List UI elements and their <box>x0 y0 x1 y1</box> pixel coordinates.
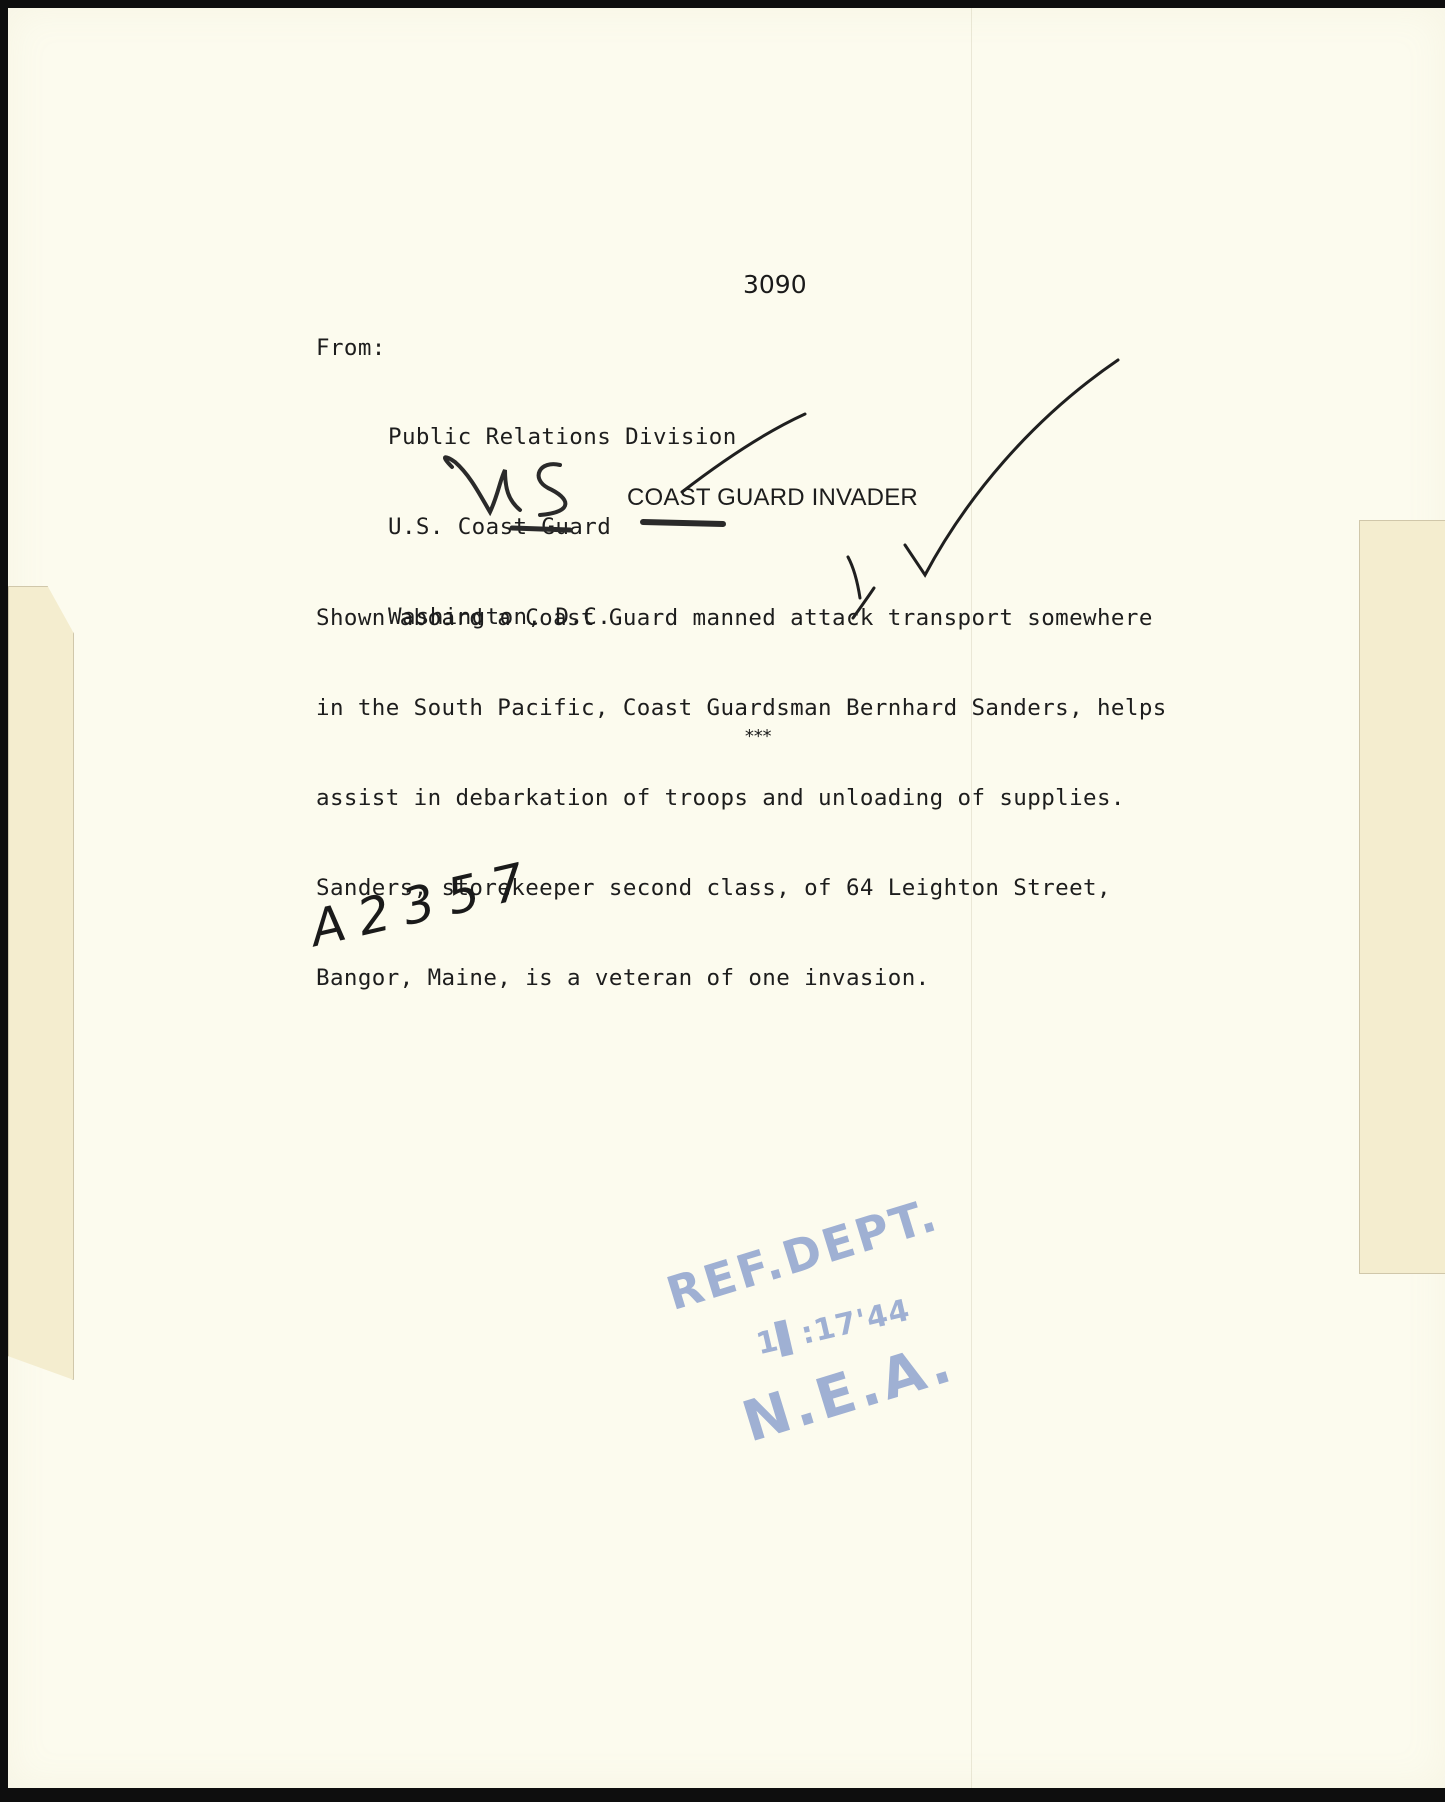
page-number: 3090 <box>743 270 807 299</box>
tape-strip-right <box>1359 520 1445 1274</box>
separator-asterisks: *** <box>744 722 771 752</box>
from-label: From: <box>316 333 386 363</box>
caption-line: Bangor, Maine, is a veteran of one invas… <box>316 963 1167 993</box>
from-line-division: Public Relations Division <box>388 422 737 452</box>
caption-body: Shown aboard a Coast Guard manned attack… <box>316 543 1167 1023</box>
tape-strip-left <box>8 586 74 1380</box>
caption-line: assist in debarkation of troops and unlo… <box>316 783 1167 813</box>
caption-line: Shown aboard a Coast Guard manned attack… <box>316 603 1167 633</box>
headline: COAST GUARD INVADER <box>627 483 918 513</box>
ref-dept-stamp: REF.DEPT. 1▌:17'44 N.E.A. <box>650 1185 990 1465</box>
from-line-agency: U.S. Coast Guard <box>388 512 737 542</box>
caption-line: in the South Pacific, Coast Guardsman Be… <box>316 693 1167 723</box>
